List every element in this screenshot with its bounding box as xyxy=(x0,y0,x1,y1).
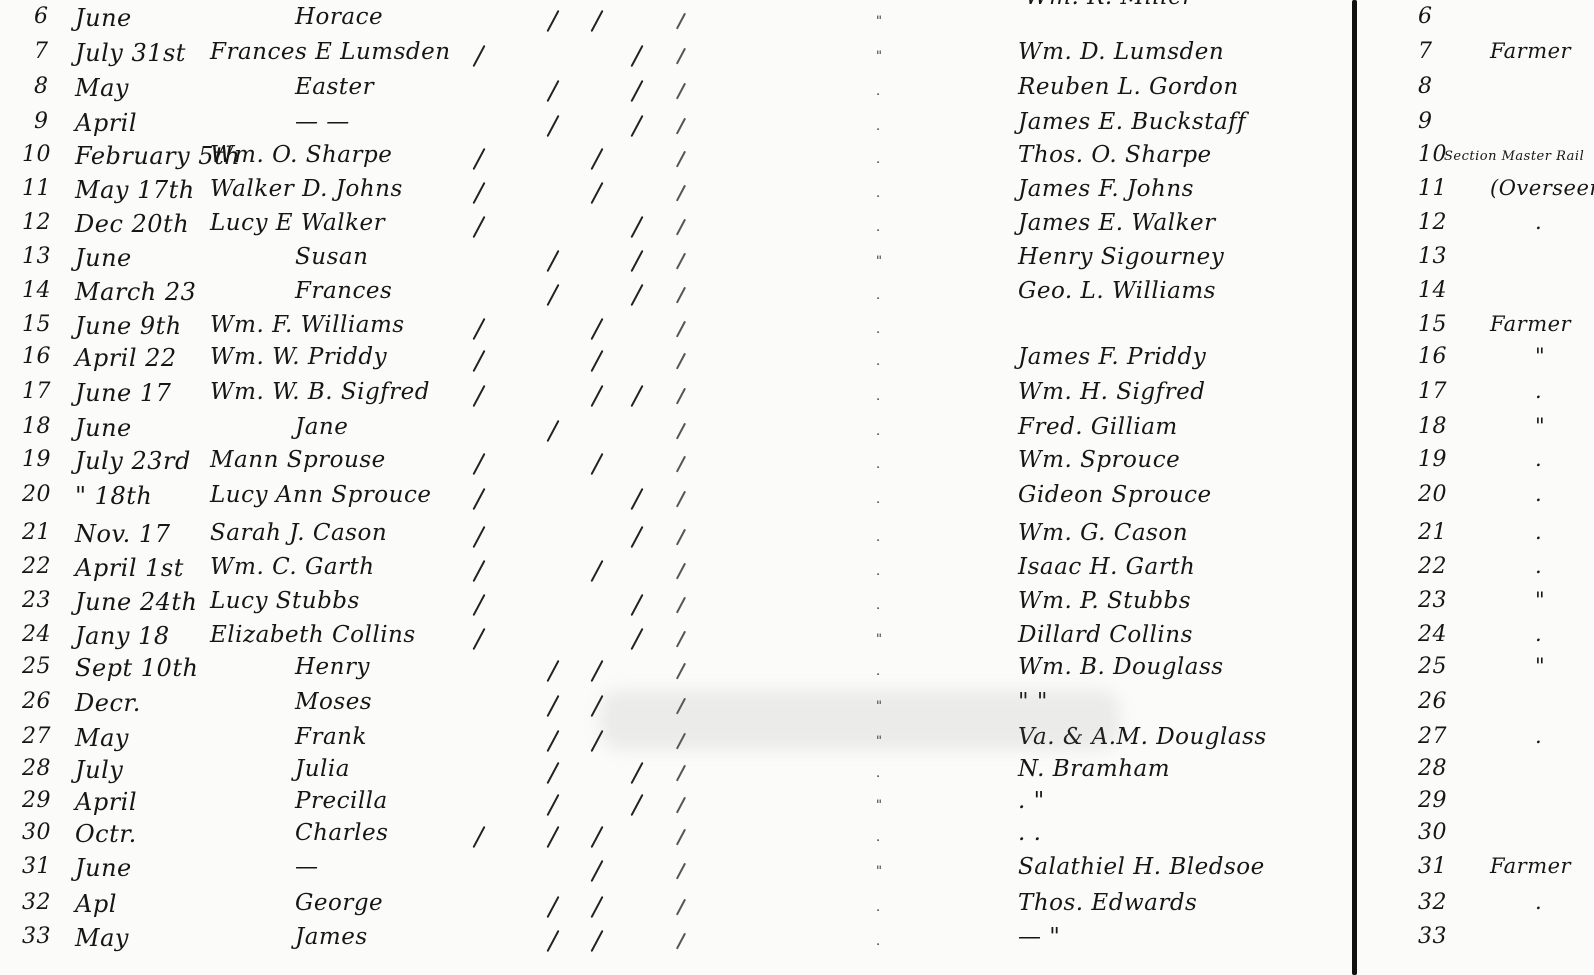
tally-mark xyxy=(630,216,643,238)
paper-smudge xyxy=(600,690,1120,750)
ditto-mark: . xyxy=(876,119,880,134)
tally-mark xyxy=(546,115,559,137)
tally-mark xyxy=(590,660,603,682)
row-number: 31 xyxy=(22,856,51,878)
tally-mark xyxy=(630,80,643,102)
person-name: Horace xyxy=(295,6,383,29)
tally-mark xyxy=(630,526,643,548)
ditto-mark: . xyxy=(876,530,880,545)
person-name: Lucy E Walker xyxy=(210,212,385,235)
birth-date: April 1st xyxy=(75,556,184,580)
tally-mark xyxy=(676,529,686,546)
person-name: Jane xyxy=(295,416,348,439)
occupation: Farmer xyxy=(1490,856,1571,877)
tally-mark xyxy=(676,933,686,950)
tally-mark xyxy=(472,350,485,372)
row-number: 11 xyxy=(22,178,51,200)
ditto-mark: " xyxy=(876,49,882,64)
owner-name: Thos. O. Sharpe xyxy=(1018,144,1212,167)
occupation: . xyxy=(1535,449,1542,470)
owner-name: — " xyxy=(1018,926,1060,949)
ditto-mark: . xyxy=(876,424,880,439)
row-number: 18 xyxy=(22,416,51,438)
right-row-number: 19 xyxy=(1418,449,1447,471)
person-name: Wm. O. Sharpe xyxy=(210,144,392,167)
owner-name: Wm. Sprouce xyxy=(1018,449,1180,472)
owner-name: . " xyxy=(1018,790,1045,813)
tally-mark xyxy=(676,631,686,648)
birth-date: May xyxy=(75,926,129,950)
person-name: Mann Sprouse xyxy=(210,449,386,472)
right-row-number: 33 xyxy=(1418,926,1447,948)
birth-date: July xyxy=(75,758,123,782)
ditto-mark: . xyxy=(876,457,880,472)
person-name: Julia xyxy=(295,758,350,781)
owner-name: N. Bramham xyxy=(1018,758,1170,781)
birth-date: June 24th xyxy=(75,590,198,614)
tally-mark xyxy=(590,148,603,170)
row-number: 25 xyxy=(22,656,51,678)
person-name: Precilla xyxy=(295,790,388,813)
tally-mark xyxy=(546,660,559,682)
person-name: Moses xyxy=(295,691,372,714)
person-name: Henry xyxy=(295,656,370,679)
owner-name: James F. Priddy xyxy=(1018,346,1206,369)
tally-mark xyxy=(630,115,643,137)
tally-mark xyxy=(676,388,686,405)
right-row-number: 17 xyxy=(1418,381,1447,403)
occupation: . xyxy=(1535,212,1542,233)
ditto-mark: . xyxy=(876,564,880,579)
row-number: 29 xyxy=(22,790,51,812)
right-row-number: 25 xyxy=(1418,656,1447,678)
person-name: Easter xyxy=(295,76,374,99)
birth-date: April xyxy=(75,111,137,135)
row-number: 19 xyxy=(22,449,51,471)
birth-date: March 23 xyxy=(75,280,196,304)
tally-mark xyxy=(676,765,686,782)
person-name: — xyxy=(295,856,319,879)
owner-name: James E. Walker xyxy=(1018,212,1216,235)
right-row-number: 32 xyxy=(1418,892,1447,914)
tally-mark xyxy=(546,284,559,306)
tally-mark xyxy=(676,321,686,338)
right-row-number: 18 xyxy=(1418,416,1447,438)
person-name: James xyxy=(295,926,368,949)
row-number: 17 xyxy=(22,381,51,403)
tally-mark xyxy=(676,151,686,168)
ditto-mark: . xyxy=(876,322,880,337)
ditto-mark: . xyxy=(876,84,880,99)
row-number: 24 xyxy=(22,624,51,646)
ditto-mark: . xyxy=(876,220,880,235)
tally-mark xyxy=(546,420,559,442)
tally-mark xyxy=(590,896,603,918)
tally-mark xyxy=(590,350,603,372)
owner-name: Isaac H. Garth xyxy=(1018,556,1195,579)
occupation: Farmer xyxy=(1490,41,1571,62)
person-name: Sarah J. Cason xyxy=(210,522,387,545)
birth-date: June 17 xyxy=(75,381,171,405)
owner-name: Salathiel H. Bledsoe xyxy=(1018,856,1265,879)
row-number: 7 xyxy=(34,41,49,63)
tally-mark xyxy=(472,560,485,582)
owner-name: . . xyxy=(1018,822,1041,845)
tally-mark xyxy=(590,10,603,32)
owner-name: Reuben L. Gordon xyxy=(1018,76,1239,99)
tally-mark xyxy=(676,219,686,236)
right-row-number: 31 xyxy=(1418,856,1447,878)
birth-date: April xyxy=(75,790,137,814)
occupation: . xyxy=(1535,484,1542,505)
birth-date: Apl xyxy=(75,892,117,916)
tally-mark xyxy=(472,826,485,848)
tally-mark xyxy=(546,695,559,717)
birth-date: July 23rd xyxy=(75,449,191,473)
person-name: Lucy Stubbs xyxy=(210,590,360,613)
occupation: " xyxy=(1535,656,1545,677)
right-row-number: 10 xyxy=(1418,144,1447,166)
right-row-number: 23 xyxy=(1418,590,1447,612)
row-number: 21 xyxy=(22,522,51,544)
row-number: 32 xyxy=(22,892,51,914)
birth-date: May xyxy=(75,726,129,750)
row-number: 23 xyxy=(22,590,51,612)
tally-mark xyxy=(676,253,686,270)
ditto-mark: . xyxy=(876,186,880,201)
occupation: . xyxy=(1535,556,1542,577)
tally-mark xyxy=(590,826,603,848)
right-row-number: 16 xyxy=(1418,346,1447,368)
tally-mark xyxy=(472,216,485,238)
tally-mark xyxy=(472,526,485,548)
person-name: Wm. F. Williams xyxy=(210,314,405,337)
owner-name: Wm. G. Cason xyxy=(1018,522,1188,545)
birth-date: June xyxy=(75,246,132,270)
birth-date: July 31st xyxy=(75,41,186,65)
birth-date: Nov. 17 xyxy=(75,522,170,546)
tally-mark xyxy=(472,318,485,340)
ditto-mark: . xyxy=(876,492,880,507)
tally-mark xyxy=(676,899,686,916)
birth-date: Sept 10th xyxy=(75,656,198,680)
owner-name: Thos. Edwards xyxy=(1018,892,1197,915)
person-name: Frances xyxy=(295,280,392,303)
right-row-number: 15 xyxy=(1418,314,1447,336)
ditto-mark: . xyxy=(876,598,880,613)
ditto-mark: " xyxy=(876,14,882,29)
tally-mark xyxy=(546,250,559,272)
tally-mark xyxy=(630,488,643,510)
right-row-number: 20 xyxy=(1418,484,1447,506)
row-number: 12 xyxy=(22,212,51,234)
occupation: " xyxy=(1535,590,1545,611)
tally-mark xyxy=(590,453,603,475)
page-divider-line xyxy=(1352,0,1357,975)
tally-mark xyxy=(472,594,485,616)
occupation: " xyxy=(1535,416,1545,437)
row-number: 15 xyxy=(22,314,51,336)
row-number: 16 xyxy=(22,346,51,368)
tally-mark xyxy=(676,118,686,135)
occupation: . xyxy=(1535,381,1542,402)
tally-mark xyxy=(630,284,643,306)
ditto-mark: . xyxy=(876,152,880,167)
ditto-mark: . xyxy=(876,354,880,369)
person-name: — — xyxy=(295,111,350,134)
owner-name: James F. Johns xyxy=(1018,178,1194,201)
ditto-mark: " xyxy=(876,632,882,647)
person-name: Frank xyxy=(295,726,367,749)
right-row-number: 22 xyxy=(1418,556,1447,578)
right-row-number: 8 xyxy=(1418,76,1433,98)
row-number: 8 xyxy=(34,76,49,98)
right-row-number: 9 xyxy=(1418,111,1433,133)
tally-mark xyxy=(472,453,485,475)
person-name: Walker D. Johns xyxy=(210,178,403,201)
tally-mark xyxy=(630,45,643,67)
tally-mark xyxy=(472,182,485,204)
tally-mark xyxy=(472,628,485,650)
right-row-number: 13 xyxy=(1418,246,1447,268)
tally-mark xyxy=(676,563,686,580)
right-row-number: 27 xyxy=(1418,726,1447,748)
person-name: George xyxy=(295,892,383,915)
right-row-number: 26 xyxy=(1418,691,1447,713)
row-number: 26 xyxy=(22,691,51,713)
tally-mark xyxy=(676,287,686,304)
row-number: 30 xyxy=(22,822,51,844)
tally-mark xyxy=(630,385,643,407)
birth-date: June xyxy=(75,6,132,30)
right-row-number: 28 xyxy=(1418,758,1447,780)
ditto-mark: . xyxy=(876,288,880,303)
occupation: Section Master Rail xyxy=(1444,150,1584,163)
owner-name: Gideon Sprouce xyxy=(1018,484,1212,507)
tally-mark xyxy=(590,930,603,952)
row-number: 27 xyxy=(22,726,51,748)
occupation: " xyxy=(1535,346,1545,367)
row-number: 28 xyxy=(22,758,51,780)
tally-mark xyxy=(676,797,686,814)
person-name: Charles xyxy=(295,822,388,845)
tally-mark xyxy=(472,385,485,407)
right-row-number: 11 xyxy=(1418,178,1447,200)
ditto-mark: " xyxy=(876,864,882,879)
occupation: . xyxy=(1535,624,1542,645)
right-row-number: 24 xyxy=(1418,624,1447,646)
ditto-mark: . xyxy=(876,830,880,845)
owner-name: Wm. D. Lumsden xyxy=(1018,41,1224,64)
person-name: Wm. W. B. Sigfred xyxy=(210,381,430,404)
owner-name: Fred. Gilliam xyxy=(1018,416,1178,439)
owner-name: Wm. H. Sigfred xyxy=(1018,381,1205,404)
owner-name-partial: Wm. R. Miller xyxy=(1025,0,1194,9)
right-row-number: 30 xyxy=(1418,822,1447,844)
ditto-mark: . xyxy=(876,389,880,404)
tally-mark xyxy=(676,353,686,370)
birth-date: " 18th xyxy=(75,484,152,508)
right-row-number: 12 xyxy=(1418,212,1447,234)
tally-mark xyxy=(630,794,643,816)
owner-name: James E. Buckstaff xyxy=(1018,111,1246,134)
row-number: 10 xyxy=(22,144,51,166)
birth-date: Dec 20th xyxy=(75,212,189,236)
row-number: 13 xyxy=(22,246,51,268)
tally-mark xyxy=(676,83,686,100)
occupation: . xyxy=(1535,726,1542,747)
row-number: 9 xyxy=(34,111,49,133)
birth-date: May 17th xyxy=(75,178,195,202)
occupation: Farmer xyxy=(1490,314,1571,335)
tally-mark xyxy=(676,456,686,473)
tally-mark xyxy=(546,930,559,952)
person-name: Lucy Ann Sprouce xyxy=(210,484,431,507)
tally-mark xyxy=(676,13,686,30)
tally-mark xyxy=(676,423,686,440)
right-row-number: 7 xyxy=(1418,41,1433,63)
tally-mark xyxy=(590,318,603,340)
tally-mark xyxy=(676,663,686,680)
tally-mark xyxy=(590,385,603,407)
occupation: . xyxy=(1535,892,1542,913)
person-name: Susan xyxy=(295,246,368,269)
tally-mark xyxy=(472,148,485,170)
person-name: Wm. C. Garth xyxy=(210,556,375,579)
birth-date: Octr. xyxy=(75,822,137,846)
birth-date: May xyxy=(75,76,129,100)
tally-mark xyxy=(676,597,686,614)
occupation: . xyxy=(1535,522,1542,543)
tally-mark xyxy=(630,250,643,272)
tally-mark xyxy=(676,491,686,508)
tally-mark xyxy=(676,48,686,65)
person-name: Elizabeth Collins xyxy=(210,624,416,647)
birth-date: Decr. xyxy=(75,691,141,715)
tally-mark xyxy=(546,80,559,102)
tally-mark xyxy=(546,730,559,752)
row-number: 33 xyxy=(22,926,51,948)
birth-date: June xyxy=(75,416,132,440)
tally-mark xyxy=(590,560,603,582)
row-number: 14 xyxy=(22,280,51,302)
tally-mark xyxy=(630,762,643,784)
owner-name: Wm. B. Douglass xyxy=(1018,656,1224,679)
owner-name: Henry Sigourney xyxy=(1018,246,1224,269)
birth-date: Jany 18 xyxy=(75,624,170,648)
tally-mark xyxy=(546,10,559,32)
tally-mark xyxy=(630,594,643,616)
person-name: Wm. W. Priddy xyxy=(210,346,387,369)
right-row-number: 14 xyxy=(1418,280,1447,302)
tally-mark xyxy=(546,762,559,784)
ditto-mark: . xyxy=(876,766,880,781)
row-number: 6 xyxy=(34,6,49,28)
ditto-mark: . xyxy=(876,934,880,949)
birth-date: April 22 xyxy=(75,346,177,370)
tally-mark xyxy=(676,829,686,846)
tally-mark xyxy=(630,628,643,650)
row-number: 20 xyxy=(22,484,51,506)
owner-name: Dillard Collins xyxy=(1018,624,1193,647)
person-name: Frances E Lumsden xyxy=(210,41,451,64)
birth-date: June xyxy=(75,856,132,880)
tally-mark xyxy=(546,826,559,848)
row-number: 22 xyxy=(22,556,51,578)
tally-mark xyxy=(472,488,485,510)
right-row-number: 29 xyxy=(1418,790,1447,812)
tally-mark xyxy=(546,794,559,816)
ditto-mark: " xyxy=(876,254,882,269)
occupation: (Overseer) xyxy=(1490,178,1594,199)
ditto-mark: . xyxy=(876,900,880,915)
tally-mark xyxy=(676,863,686,880)
tally-mark xyxy=(472,45,485,67)
right-row-number: 21 xyxy=(1418,522,1447,544)
tally-mark xyxy=(590,182,603,204)
ditto-mark: " xyxy=(876,798,882,813)
tally-mark xyxy=(546,896,559,918)
owner-name: Geo. L. Williams xyxy=(1018,280,1216,303)
birth-date: June 9th xyxy=(75,314,182,338)
tally-mark xyxy=(590,860,603,882)
tally-mark xyxy=(676,185,686,202)
ditto-mark: . xyxy=(876,664,880,679)
owner-name: Wm. P. Stubbs xyxy=(1018,590,1191,613)
right-row-number: 6 xyxy=(1418,6,1433,28)
